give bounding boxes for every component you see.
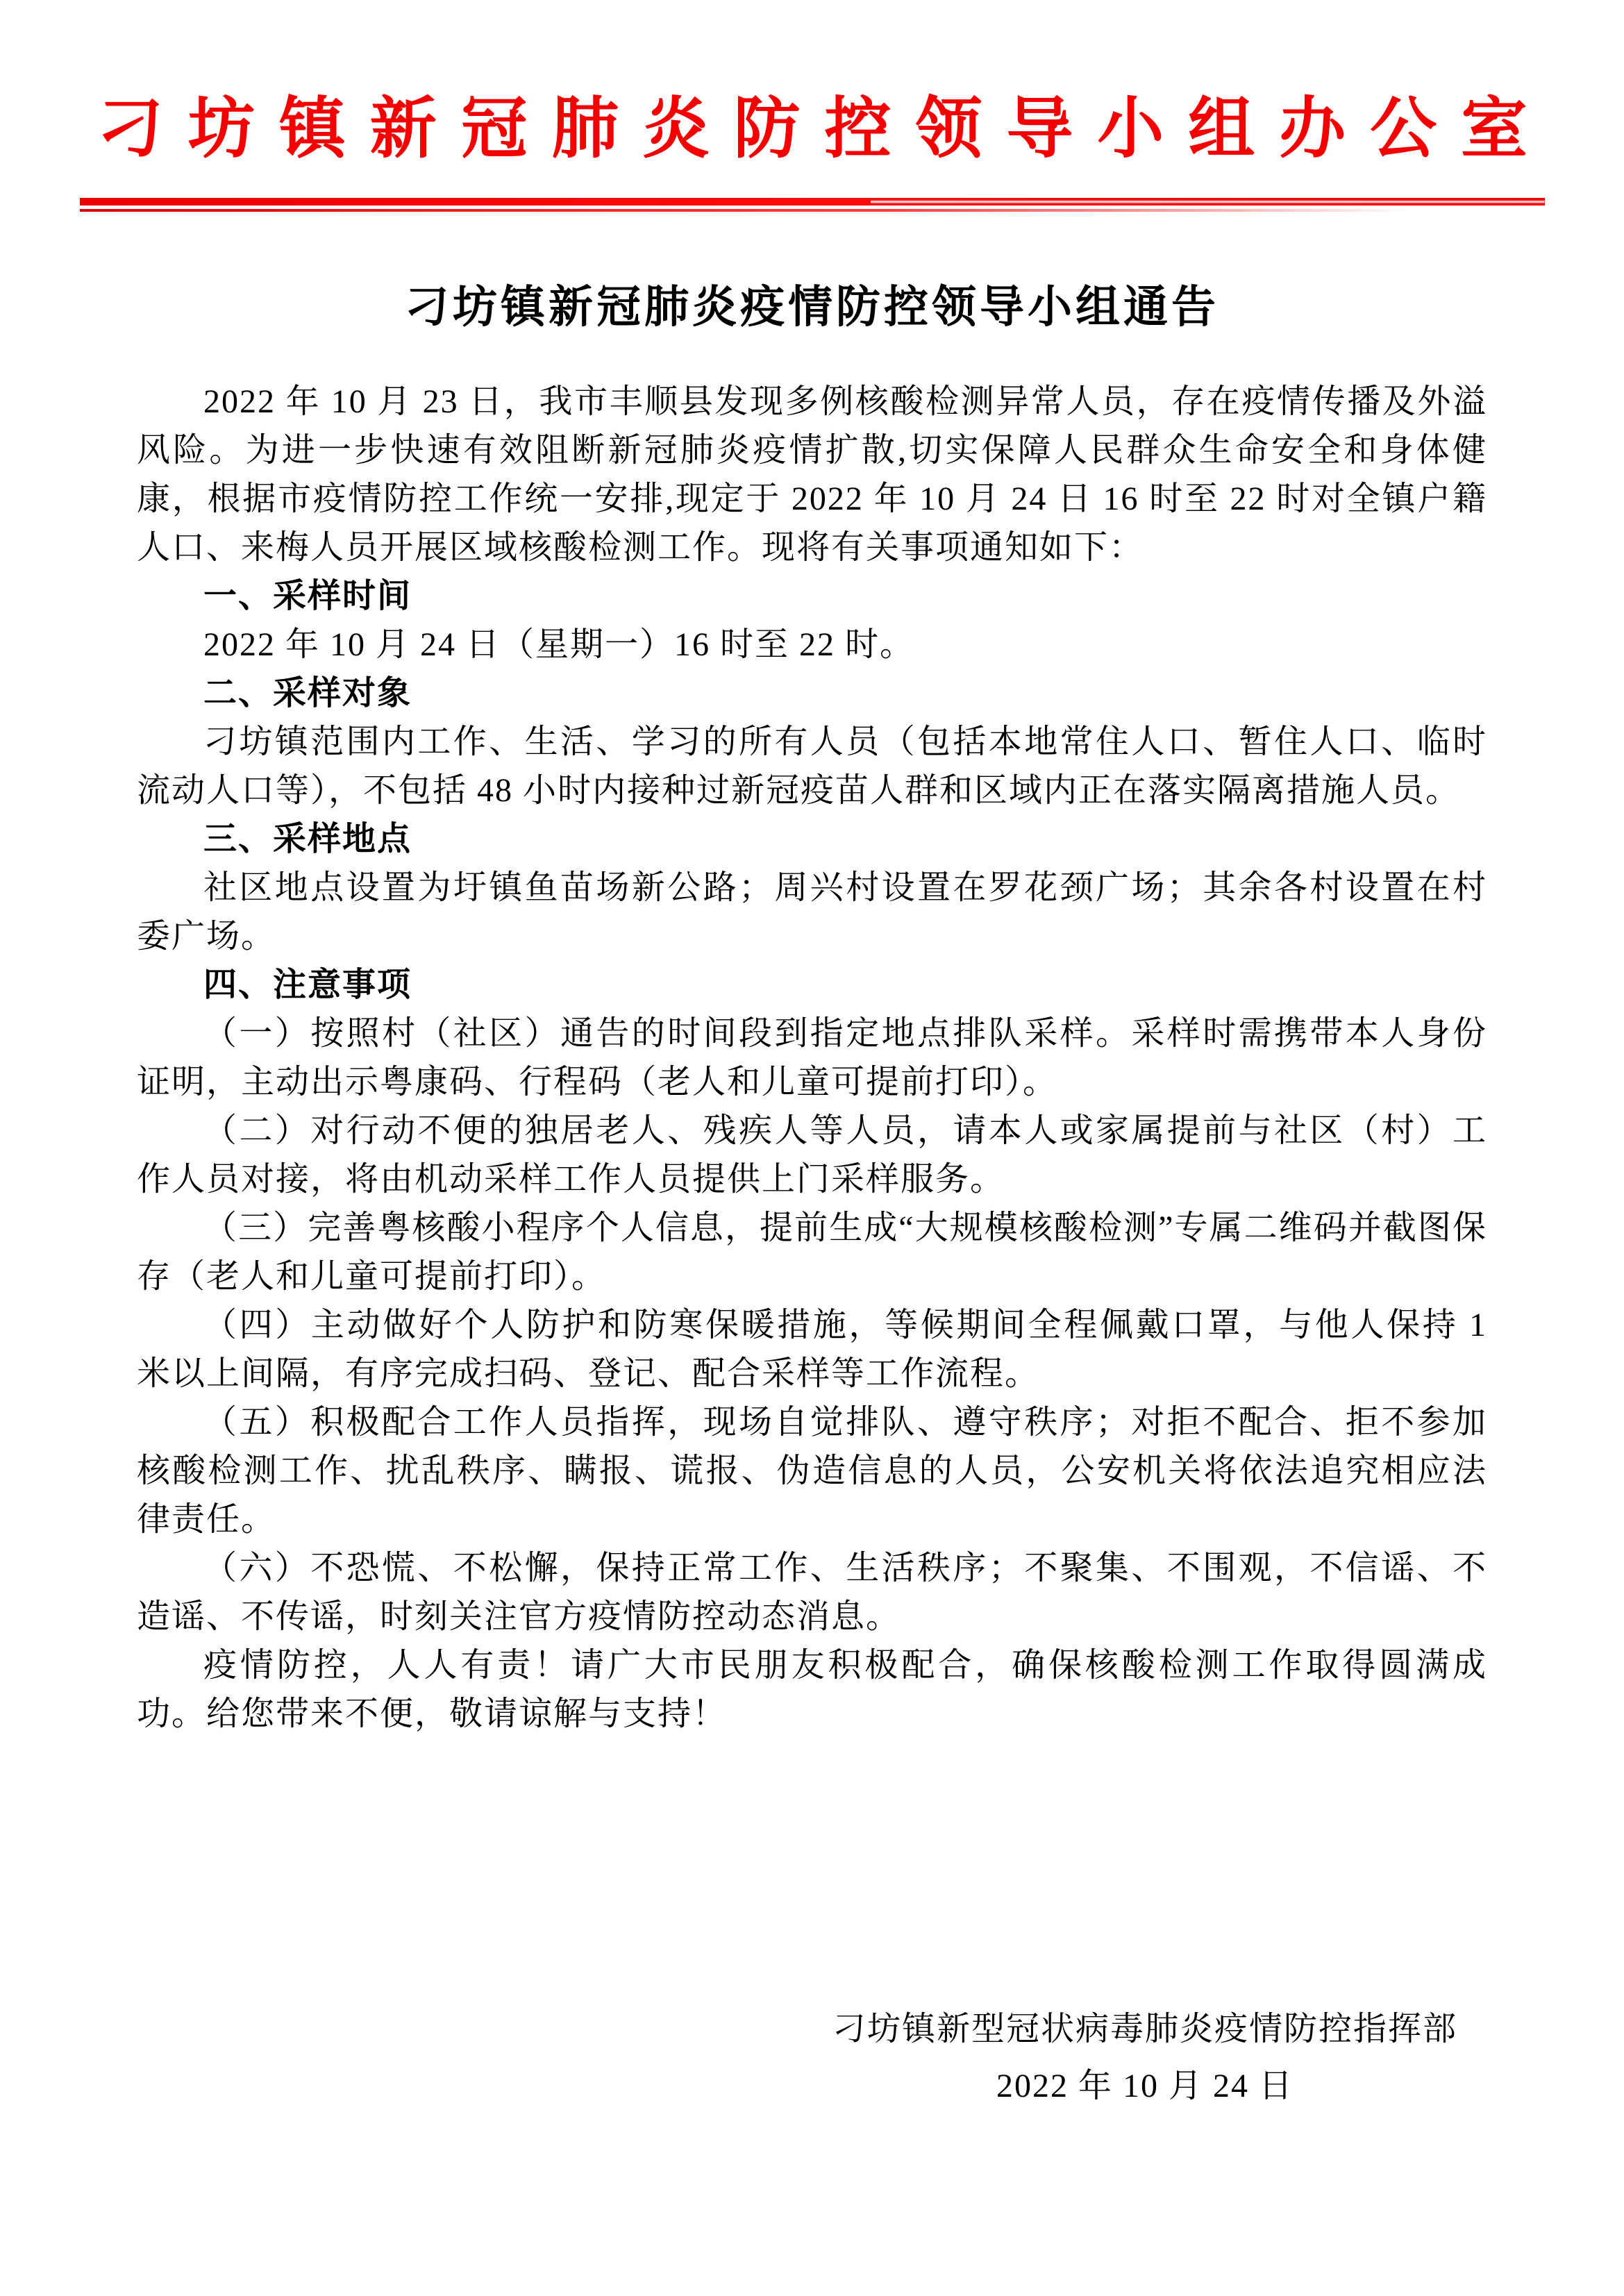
signature-inner: 刁坊镇新型冠状病毒肺炎疫情防控指挥部 2022 年 10 月 24 日 xyxy=(832,2001,1457,2115)
document-body: 2022 年 10 月 23 日，我市丰顺县发现多例核酸检测异常人员，存在疫情传… xyxy=(137,378,1487,1738)
sampling-location-paragraph: 社区地点设置为圩镇鱼苗场新公路；周兴村设置在罗花颈广场；其余各村设置在村委广场。 xyxy=(137,864,1487,961)
note-item-4: （四）主动做好个人防护和防寒保暖措施，等候期间全程佩戴口罩，与他人保持 1 米以… xyxy=(137,1301,1487,1398)
note-item-5: （五）积极配合工作人员指挥，现场自觉排队、遵守秩序；对拒不配合、拒不参加核酸检测… xyxy=(137,1398,1487,1544)
signature-issuer: 刁坊镇新型冠状病毒肺炎疫情防控指挥部 xyxy=(832,2001,1457,2058)
document-title: 刁坊镇新冠肺炎疫情防控领导小组通告 xyxy=(0,281,1624,335)
note-item-3: （三）完善粤核酸小程序个人信息，提前生成“大规模核酸检测”专属二维码并截图保存（… xyxy=(137,1204,1487,1301)
sampling-time-paragraph: 2022 年 10 月 24 日（星期一）16 时至 22 时。 xyxy=(137,621,1487,669)
closing-paragraph: 疫情防控，人人有责！请广大市民朋友积极配合，确保核酸检测工作取得圆满成功。给您带… xyxy=(137,1641,1487,1738)
section-heading-notes: 四、注意事项 xyxy=(137,961,1487,1009)
sampling-target-paragraph: 刁坊镇范围内工作、生活、学习的所有人员（包括本地常住人口、暂住人口、临时流动人口… xyxy=(137,718,1487,815)
section-heading-sampling-target: 二、采样对象 xyxy=(137,669,1487,718)
intro-paragraph: 2022 年 10 月 23 日，我市丰顺县发现多例核酸检测异常人员，存在疫情传… xyxy=(137,378,1487,572)
section-heading-sampling-location: 三、采样地点 xyxy=(137,815,1487,864)
red-rule-thin xyxy=(80,209,1545,212)
signature-date: 2022 年 10 月 24 日 xyxy=(832,2058,1457,2115)
note-item-6: （六）不恐慌、不松懈，保持正常工作、生活秩序；不聚集、不围观，不信谣、不造谣、不… xyxy=(137,1544,1487,1641)
note-item-1: （一）按照村（社区）通告的时间段到指定地点排队采样。采样时需携带本人身份证明，主… xyxy=(137,1009,1487,1107)
notice-document-page: 刁坊镇新冠肺炎防控领导小组办公室 刁坊镇新冠肺炎疫情防控领导小组通告 2022 … xyxy=(0,0,1624,2296)
note-item-2: （二）对行动不便的独居老人、残疾人等人员，请本人或家属提前与社区（村）工作人员对… xyxy=(137,1107,1487,1204)
red-rule-thick xyxy=(80,198,1545,206)
masthead-office-name: 刁坊镇新冠肺炎防控领导小组办公室 xyxy=(97,89,1527,169)
section-heading-sampling-time: 一、采样时间 xyxy=(137,572,1487,621)
masthead-rules xyxy=(80,198,1545,212)
signature-block: 刁坊镇新型冠状病毒肺炎疫情防控指挥部 2022 年 10 月 24 日 xyxy=(0,2001,1624,2115)
masthead: 刁坊镇新冠肺炎防控领导小组办公室 xyxy=(0,0,1624,169)
